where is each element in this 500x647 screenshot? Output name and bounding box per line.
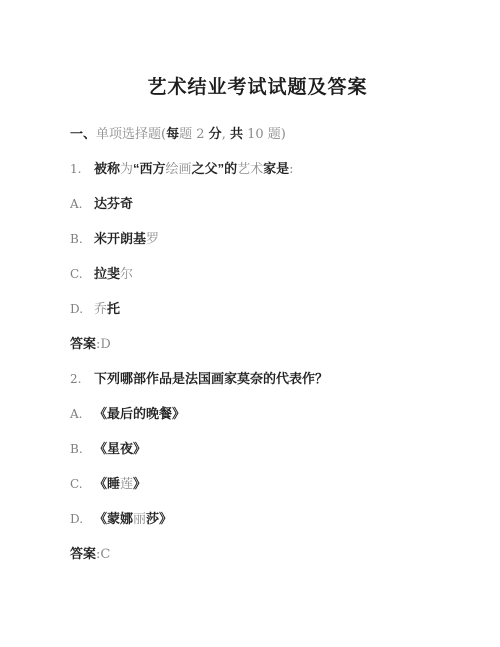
text-segment: 《睡 (94, 476, 120, 491)
text-segment: 绘画 (166, 162, 192, 177)
text-segment: C. (70, 257, 94, 292)
text-segment: 丽 (133, 512, 146, 527)
text-segment: A. (70, 187, 94, 222)
text-segment: 莲 (120, 477, 133, 492)
question-2-option-a: A.《最后的晚餐》 (70, 396, 445, 431)
text-segment: 分 (209, 126, 222, 141)
question-list: 一、单项选择题(每题 2 分, 共 10 题)1.被称为“西方绘画之父”的艺术家… (70, 116, 445, 571)
text-segment: 达芬奇 (94, 196, 133, 211)
text-segment: D. (70, 502, 94, 537)
text-segment: 答案 (70, 546, 96, 561)
text-segment: 罗 (146, 232, 159, 247)
question-1-option-a: A.达芬奇 (70, 186, 445, 221)
text-segment: 2. (70, 362, 94, 397)
text-segment: 单项选择题( (96, 127, 166, 142)
text-segment: A. (70, 397, 94, 432)
question-2-option-c: C.《睡莲》 (70, 466, 445, 501)
text-segment: 下列哪部作品是法国画家莫奈的代表作？ (94, 371, 328, 386)
text-segment: 题) (268, 127, 286, 142)
text-segment: 共 (230, 126, 243, 141)
text-segment: 一、 (70, 126, 96, 141)
text-segment: B. (70, 222, 94, 257)
question-1: 1.被称为“西方绘画之父”的艺术家是: (70, 151, 445, 186)
text-segment: 答案 (70, 336, 96, 351)
text-segment: 题 (179, 127, 192, 142)
answer-1: 答案:D (70, 326, 445, 361)
text-segment: D (100, 337, 110, 352)
text-segment: 2 (192, 127, 209, 142)
question-2-option-d: D.《蒙娜丽莎》 (70, 501, 445, 536)
text-segment: 之父”的 (192, 161, 238, 176)
text-segment: 被称 (94, 161, 120, 176)
text-segment: 《星夜》 (94, 441, 146, 456)
text-segment: 家是 (263, 161, 289, 176)
text-segment: 《蒙娜 (94, 511, 133, 526)
text-segment: “西方 (133, 161, 166, 176)
text-segment: 《最后的晚餐》 (94, 406, 185, 421)
question-2-option-b: B.《星夜》 (70, 431, 445, 466)
text-segment: 乔 (94, 302, 107, 317)
text-segment: 每 (166, 126, 179, 141)
text-segment: 为 (120, 162, 133, 177)
text-segment: 艺术 (237, 162, 263, 177)
question-1-option-b: B.米开朗基罗 (70, 221, 445, 256)
text-segment: : (289, 162, 293, 177)
section-heading: 一、单项选择题(每题 2 分, 共 10 题) (70, 116, 445, 151)
question-1-option-c: C.拉斐尔 (70, 256, 445, 291)
text-segment: B. (70, 432, 94, 467)
text-segment: 米开朗基 (94, 231, 146, 246)
text-segment: 尔 (120, 267, 133, 282)
text-segment: 1. (70, 152, 94, 187)
text-segment: C. (70, 467, 94, 502)
text-segment: D. (70, 292, 94, 327)
text-segment: 》 (133, 476, 146, 491)
exam-document-page: 艺术结业考试试题及答案 一、单项选择题(每题 2 分, 共 10 题)1.被称为… (0, 0, 500, 647)
text-segment: 托 (107, 301, 120, 316)
page-title: 艺术结业考试试题及答案 (70, 0, 445, 99)
question-1-option-d: D.乔托 (70, 291, 445, 326)
text-segment: C (100, 547, 110, 562)
question-2: 2.下列哪部作品是法国画家莫奈的代表作？ (70, 361, 445, 396)
text-segment: 10 (243, 127, 268, 142)
text-segment: 拉斐 (94, 266, 120, 281)
answer-2: 答案:C (70, 536, 445, 571)
text-segment: , (222, 127, 230, 142)
text-segment: 莎》 (146, 511, 172, 526)
